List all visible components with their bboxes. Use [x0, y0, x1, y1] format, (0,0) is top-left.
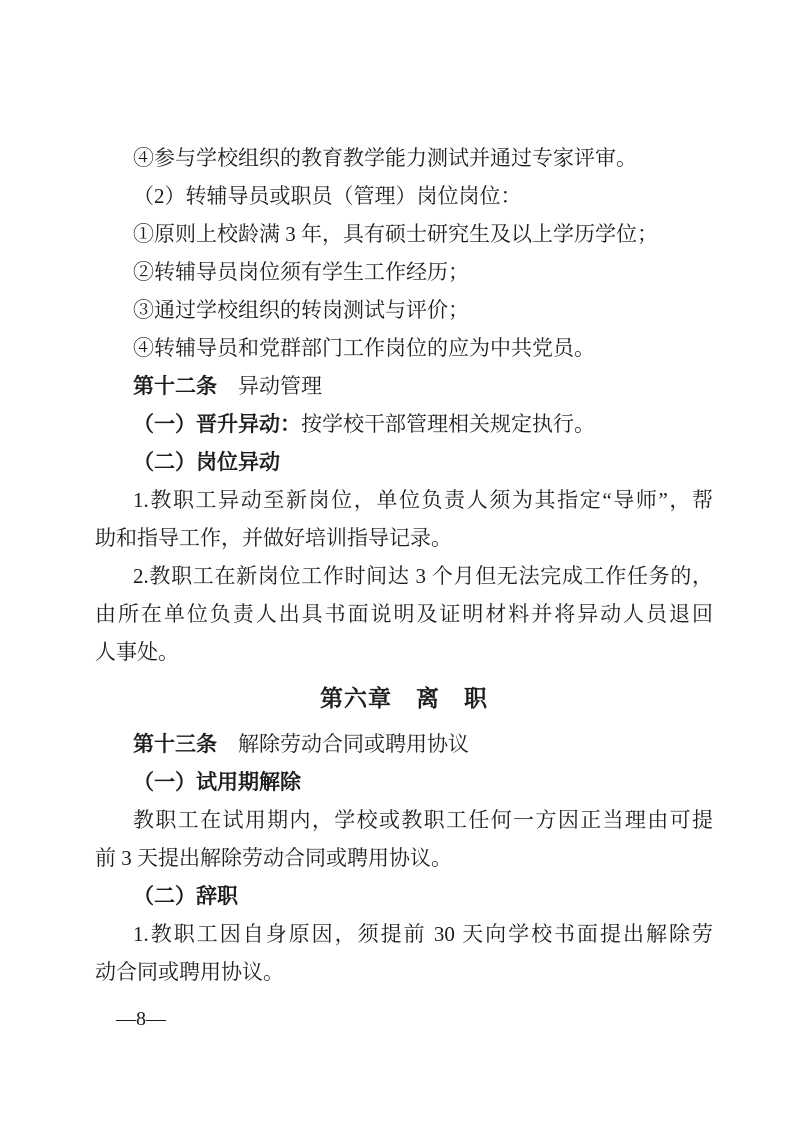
text-segment: 第六章 离 职: [320, 685, 488, 711]
subitem-circle2-student-work-experience: ②转辅导员岗位须有学生工作经历；: [95, 253, 713, 291]
page-number: —8—: [116, 1004, 166, 1034]
item-2-resignation: （二）辞职: [95, 877, 713, 915]
text-segment: 动合同或聘用协议。: [95, 960, 284, 984]
document-page: ④参与学校组织的教育教学能力测试并通过专家评审。（2）转辅导员或职员（管理）岗位…: [0, 0, 794, 1122]
text-segment: 由所在单位负责人出具书面说明及证明材料并将异动人员退回: [95, 602, 713, 626]
item-circle4-teaching-ability-test: ④参与学校组织的教育教学能力测试并通过专家评审。: [95, 139, 713, 177]
text-segment: ④参与学校组织的教育教学能力测试并通过专家评审。: [133, 146, 637, 170]
text-segment: （一）晋升异动：: [133, 412, 301, 436]
text-segment: 1.教职工因自身原因，须提前 30 天向学校书面提出解除劳: [133, 922, 713, 946]
text-segment: （二）岗位异动: [133, 450, 280, 474]
text-segment: 教职工在试用期内，学校或教职工任何一方因正当理由可提: [133, 808, 713, 832]
text-segment: （一）试用期解除: [133, 770, 301, 794]
para-mentor-line-1: 1.教职工异动至新岗位，单位负责人须为其指定“导师”，帮: [95, 481, 713, 519]
text-segment: 2.教职工在新岗位工作时间达 3 个月但无法完成工作任务的，: [133, 564, 713, 588]
para-probation-line-2: 前 3 天提出解除劳动合同或聘用协议。: [95, 839, 713, 877]
item-1-probation-termination: （一）试用期解除: [95, 763, 713, 801]
subitem-circle1-seniority-degree: ①原则上校龄满 3 年，具有硕士研究生及以上学历学位；: [95, 215, 713, 253]
para-return-line-1: 2.教职工在新岗位工作时间达 3 个月但无法完成工作任务的，: [95, 557, 713, 595]
document-body: ④参与学校组织的教育教学能力测试并通过专家评审。（2）转辅导员或职员（管理）岗位…: [95, 139, 713, 991]
item-2-position-transfer: （二）岗位异动: [95, 443, 713, 481]
para-return-line-2: 由所在单位负责人出具书面说明及证明材料并将异动人员退回: [95, 595, 713, 633]
text-segment: 助和指导工作，并做好培训指导记录。: [95, 526, 452, 550]
text-segment: 1.教职工异动至新岗位，单位负责人须为其指定“导师”，帮: [133, 488, 713, 512]
para-return-line-3: 人事处。: [95, 633, 713, 671]
text-segment: （二）辞职: [133, 884, 238, 908]
para-mentor-line-2: 助和指导工作，并做好培训指导记录。: [95, 519, 713, 557]
item-1-promotion-transfer: （一）晋升异动：按学校干部管理相关规定执行。: [95, 405, 713, 443]
subitem-circle3-transfer-test: ③通过学校组织的转岗测试与评价；: [95, 291, 713, 329]
text-segment: ④转辅导员和党群部门工作岗位的应为中共党员。: [133, 336, 595, 360]
text-segment: 第十二条: [133, 374, 217, 398]
text-segment: ③通过学校组织的转岗测试与评价；: [133, 298, 469, 322]
para-resignation-line-2: 动合同或聘用协议。: [95, 953, 713, 991]
article-13-heading: 第十三条 解除劳动合同或聘用协议: [95, 725, 713, 763]
text-segment: 按学校干部管理相关规定执行。: [301, 412, 595, 436]
para-probation-line-1: 教职工在试用期内，学校或教职工任何一方因正当理由可提: [95, 801, 713, 839]
text-segment: 第十三条: [133, 732, 217, 756]
text-segment: 人事处。: [95, 640, 179, 664]
chapter-6-heading: 第六章 离 职: [95, 679, 713, 717]
text-segment: ②转辅导员岗位须有学生工作经历；: [133, 260, 469, 284]
para-resignation-line-1: 1.教职工因自身原因，须提前 30 天向学校书面提出解除劳: [95, 915, 713, 953]
subitem-circle4-party-member: ④转辅导员和党群部门工作岗位的应为中共党员。: [95, 329, 713, 367]
text-segment: 前 3 天提出解除劳动合同或聘用协议。: [95, 846, 452, 870]
text-segment: ①原则上校龄满 3 年，具有硕士研究生及以上学历学位；: [133, 222, 658, 246]
text-segment: （2）转辅导员或职员（管理）岗位岗位：: [133, 184, 522, 208]
item-2-counselor-or-staff-posts: （2）转辅导员或职员（管理）岗位岗位：: [95, 177, 713, 215]
article-12-heading: 第十二条 异动管理: [95, 367, 713, 405]
text-segment: 异动管理: [217, 374, 322, 398]
text-segment: 解除劳动合同或聘用协议: [217, 732, 469, 756]
